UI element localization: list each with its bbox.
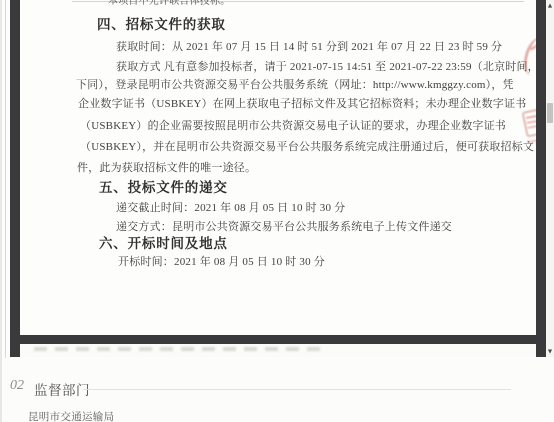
document-text-line: 五、投标文件的递交 xyxy=(99,181,228,195)
document-text-line: 获取时间：从 2021 年 07 月 15 日 14 时 51 分到 2021 … xyxy=(116,42,502,53)
document-text-line: 获取方式 凡有意参加投标者，请于 2021-07-15 14:51 至 2021… xyxy=(116,62,536,73)
next-page-ghost-text xyxy=(34,347,326,351)
document-text-line: 递交截止时间：2021 年 08 月 05 日 10 时 30 分 xyxy=(116,203,345,214)
section-title: 监督部门 xyxy=(34,379,90,399)
viewer-scrollbar[interactable]: ▲ ▼ xyxy=(546,0,554,357)
document-text-line: 件，此为获取招标文件的唯一途径。 xyxy=(77,163,256,174)
section-number: 02 xyxy=(10,378,24,394)
scroll-down-icon[interactable]: ▼ xyxy=(546,348,554,356)
document-text-line: 四、招标文件的获取 xyxy=(97,18,226,32)
document-text-line: 下同），登录昆明市公共资源交易平台公共服务系统（网址：http://www.km… xyxy=(76,80,514,91)
red-seal-fragment-lower xyxy=(514,106,536,146)
supervision-department: 昆明市交通运输局 xyxy=(28,409,114,422)
panel-left-border xyxy=(5,0,6,358)
scroll-up-icon[interactable]: ▲ xyxy=(546,2,554,10)
document-text-line: 本项目不允许联合体投标。 xyxy=(108,0,230,7)
scrollbar-thumb[interactable] xyxy=(547,103,553,123)
document-text-line: （USBKEY），并在昆明市公共资源交易平台公共服务系统完成注册通过后，便可获取… xyxy=(80,142,534,153)
document-text-line: 开标时间：2021 年 08 月 05 日 10 时 30 分 xyxy=(118,257,325,268)
document-text-line: 六、开标时间及地点 xyxy=(99,237,228,251)
tender-notice-screen: 本项目不允许联合体投标。四、招标文件的获取获取时间：从 2021 年 07 月 … xyxy=(0,0,554,422)
document-page: 本项目不允许联合体投标。四、招标文件的获取获取时间：从 2021 年 07 月 … xyxy=(20,0,536,335)
next-page-edge xyxy=(20,344,536,357)
document-text-line: 企业数字证书（USBKEY）在网上获取电子招标文件及其它招标资料；未办理企业数字… xyxy=(78,99,526,110)
pdf-viewer[interactable]: 本项目不允许联合体投标。四、招标文件的获取获取时间：从 2021 年 07 月 … xyxy=(10,0,546,357)
section-divider xyxy=(83,389,511,390)
document-text-line: （USBKEY）的企业需要按照昆明市公共资源交易电子认证的要求，办理企业数字证书 xyxy=(80,121,506,132)
red-seal-fragment-upper xyxy=(517,34,536,82)
document-text-line: 递交方式：昆明市公共资源交易平台公共服务系统电子上传文件递交 xyxy=(116,222,452,233)
left-edge-strip xyxy=(0,0,2,422)
